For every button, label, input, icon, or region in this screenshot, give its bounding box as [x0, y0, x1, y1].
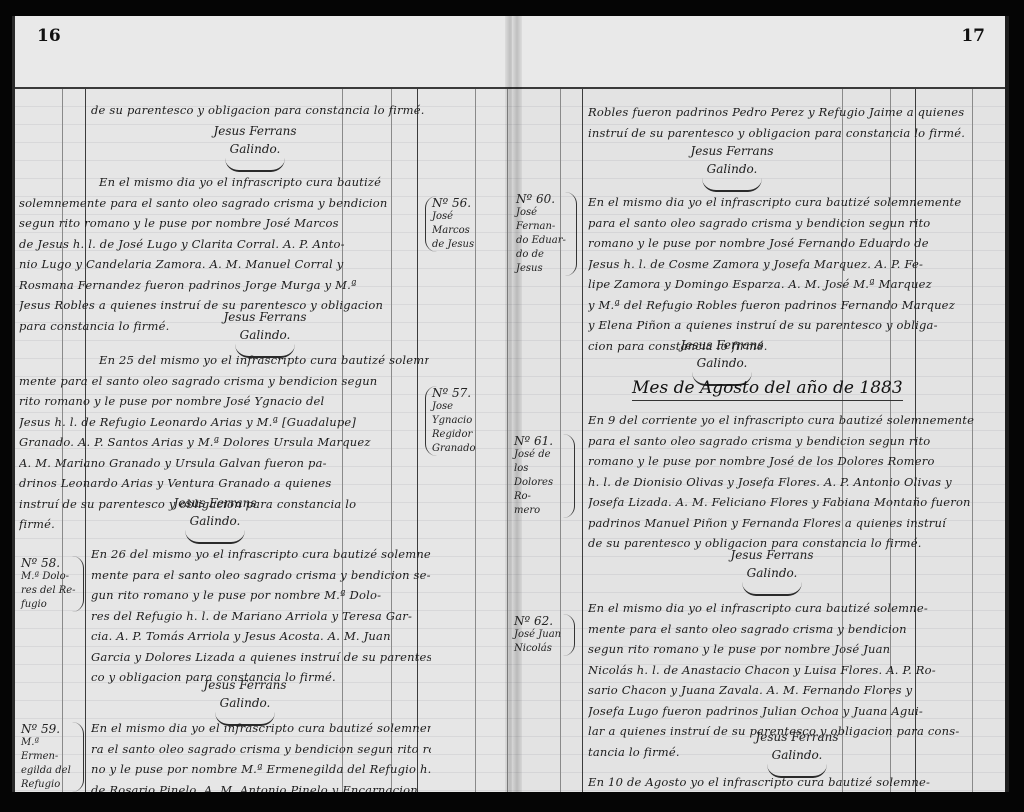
entry-61-margin-note: Nº 61. José de los Dolores Ro- mero: [514, 434, 575, 518]
signature-block: Jesus Ferrans Galindo.: [672, 142, 792, 192]
signature-block: Jesus Ferrans Galindo.: [195, 122, 315, 172]
entry-continuation: de su parentesco y obligacion para const…: [91, 100, 431, 121]
entry-60-margin-note: Nº 60. José Fernan- do Eduar- do de Jesu…: [516, 192, 577, 276]
entry-60-text: En el mismo dia yo el infrascripto cura …: [588, 192, 998, 356]
entry-61-text: En 9 del corriente yo el infrascripto cu…: [588, 410, 998, 554]
signature-surname: Galindo.: [195, 140, 315, 158]
month-heading: Mes de Agosto del año de 1883: [632, 378, 903, 401]
entry-56-margin-note: Nº 56. José Marcos de Jesus: [425, 196, 488, 252]
entry-57-margin-note: Nº 57. Jose Ygnacio Regidor Granado: [425, 386, 488, 456]
signature-block: Jesus Ferrans Galindo.: [155, 494, 275, 544]
signature-flourish: [185, 530, 245, 544]
entry-continuation: Robles fueron padrinos Pedro Perez y Ref…: [588, 102, 998, 143]
signature-name: Jesus Ferrans: [195, 122, 315, 140]
signature-flourish: [225, 158, 285, 172]
page-number-left: 16: [37, 26, 61, 46]
entry-58-text: En 26 del mismo yo el infrascripto cura …: [91, 544, 431, 688]
signature-flourish: [702, 178, 762, 192]
entry-62-margin-note: Nº 62. José Juan Nicolás: [514, 614, 575, 656]
entry-63-text: En 10 de Agosto yo el infrascripto cura …: [588, 772, 998, 792]
gutter-shadow: [512, 16, 522, 792]
right-page-header: 17: [512, 16, 1005, 89]
signature-block: Jesus Ferrans Galindo.: [737, 728, 857, 778]
left-page-header: 16: [15, 16, 515, 89]
signature-flourish: [742, 582, 802, 596]
column-divider: [582, 89, 583, 792]
left-page: 16 de su parentesco y obligacion para co…: [12, 16, 515, 792]
right-page: 17 Robles fueron padrinos Pedro Perez y …: [512, 16, 1009, 792]
page-number-right: 17: [961, 26, 985, 46]
entry-59-margin-note: Nº 59. M.ª Ermen- egilda del Refugio: [21, 722, 84, 792]
signature-block: Jesus Ferrans Galindo.: [712, 546, 832, 596]
entry-58-margin-note: Nº 58. M.ª Dolo- res del Re- fugio: [21, 556, 84, 612]
entry-59-text: En el mismo dia yo el infrascripto cura …: [91, 718, 431, 792]
